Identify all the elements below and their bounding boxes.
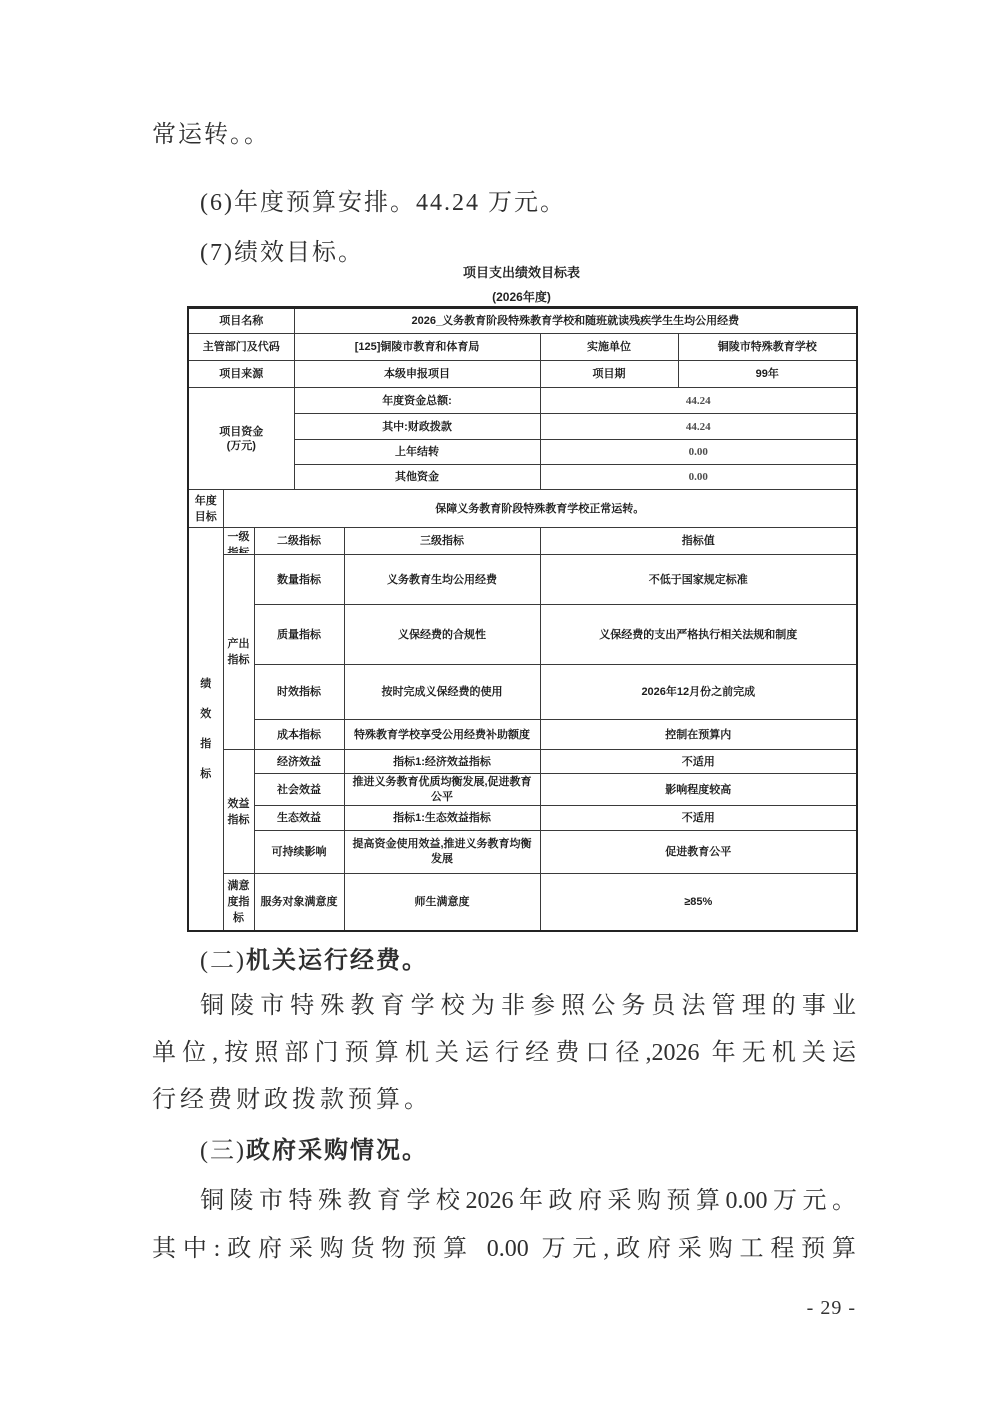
perf-indicator-label: 绩效指标 [188,528,223,931]
indicator-l3: 指标1:经济效益指标 [344,750,540,774]
impl-unit-label: 实施单位 [540,334,678,361]
indicator-l3-text: 推进义务教育优质均衡发展,促进教育公平 [348,775,537,804]
section-3-title: 政府采购情况。 [246,1138,428,1164]
section-2-number: (二) [200,948,246,974]
header-level2: 二级指标 [254,528,344,555]
section-2-title: 机关运行经费。 [246,948,428,974]
period-label: 项目期 [540,361,678,388]
header-level1: 一级指标 [223,528,254,555]
table-row: 效益指标 经济效益 指标1:经济效益指标 不适用 [188,750,857,774]
indicator-value: 不适用 [540,750,857,774]
fund-fiscal-value: 44.24 [540,414,857,440]
indicator-l3: 义保经费的合规性 [344,605,540,665]
fund-carryover-label: 上年结转 [294,440,540,465]
group-satisfaction-label-text: 满意度指标 [227,878,251,926]
performance-target-table: 项目名称 2026_义务教育阶段特殊教育学校和随班就读残疾学生生均公用经费 主管… [187,306,858,932]
section-3-number: (三) [200,1138,246,1164]
paragraph-line: 行经费财政拨款预算。 [152,1079,856,1114]
indicator-value: 不低于国家规定标准 [540,555,857,605]
group-satisfaction-label: 满意度指标 [223,874,254,931]
table-row: 项目资金 (万元) 年度资金总额: 44.24 [188,388,857,414]
table-row: 社会效益 推进义务教育优质均衡发展,促进教育公平 影响程度较高 [188,774,857,806]
source-value: 本级申报项目 [294,361,540,388]
fund-label: 项目资金 (万元) [188,388,294,490]
indicator-l2: 数量指标 [254,555,344,605]
paragraph-continuation: 常运转。。 [152,114,856,149]
fund-carryover-value: 0.00 [540,440,857,465]
table-row: 年度目标 保障义务教育阶段特殊教育学校正常运转。 [188,490,857,528]
fund-other-label: 其他资金 [294,465,540,490]
indicator-value: 促进教育公平 [540,831,857,874]
indicator-l2: 可持续影响 [254,831,344,874]
group-benefit-label: 效益指标 [223,750,254,874]
fund-total-value: 44.24 [540,388,857,414]
indicator-l2: 质量指标 [254,605,344,665]
paragraph-line: 单位,按照部门预算机关运行经费口径,2026 年无机关运 [152,1032,856,1067]
indicator-l3: 特殊教育学校享受公用经费补助额度 [344,720,540,750]
table-title: 项目支出绩效目标表 [187,262,856,281]
period-value: 99年 [678,361,857,388]
source-label: 项目来源 [188,361,294,388]
dept-label: 主管部门及代码 [188,334,294,361]
indicator-l2: 经济效益 [254,750,344,774]
table-row: 成本指标 特殊教育学校享受公用经费补助额度 控制在预算内 [188,720,857,750]
indicator-value: 义保经费的支出严格执行相关法规和制度 [540,605,857,665]
table-row: 生态效益 指标1:生态效益指标 不适用 [188,806,857,831]
table-row: 主管部门及代码 [125]铜陵市教育和体育局 实施单位 铜陵市特殊教育学校 [188,334,857,361]
indicator-l3: 按时完成义保经费的使用 [344,665,540,720]
table-row: 绩效指标 一级指标 二级指标 三级指标 指标值 [188,528,857,555]
section-3-heading: (三)政府采购情况。 [200,1130,428,1165]
table-row: 产出指标 数量指标 义务教育生均公用经费 不低于国家规定标准 [188,555,857,605]
indicator-value: 不适用 [540,806,857,831]
indicator-l3-text: 提高资金使用效益,推进义务教育均衡发展 [348,837,537,867]
project-name-value: 2026_义务教育阶段特殊教育学校和随班就读残疾学生生均公用经费 [294,308,857,334]
group-output-label-text: 产出指标 [227,636,251,668]
fund-label-unit: (万元) [192,439,291,453]
table-row: 项目名称 2026_义务教育阶段特殊教育学校和随班就读残疾学生生均公用经费 [188,308,857,334]
document-page: 常运转。。 (6)年度预算安排。44.24 万元。 (7)绩效目标。 项目支出绩… [0,0,1000,1414]
table-row: 项目来源 本级申报项目 项目期 99年 [188,361,857,388]
indicator-l2: 生态效益 [254,806,344,831]
indicator-value: ≥85% [540,874,857,931]
paragraph-line: 铜陵市特殊教育学校为非参照公务员法管理的事业 [152,985,856,1020]
item-6-line: (6)年度预算安排。44.24 万元。 [200,182,566,217]
header-level1-text: 一级指标 [227,529,251,553]
annual-goal-label-text: 年度目标 [194,493,218,525]
indicator-value: 影响程度较高 [540,774,857,806]
indicator-l3: 义务教育生均公用经费 [344,555,540,605]
annual-goal-label: 年度目标 [188,490,223,528]
header-level3: 三级指标 [344,528,540,555]
table-row: 时效指标 按时完成义保经费的使用 2026年12月份之前完成 [188,665,857,720]
indicator-l3: 推进义务教育优质均衡发展,促进教育公平 [344,774,540,806]
section-2-heading: (二)机关运行经费。 [200,940,428,975]
dept-value: [125]铜陵市教育和体育局 [294,334,540,361]
indicator-value: 控制在预算内 [540,720,857,750]
perf-indicator-label-text: 绩效指标 [199,669,212,789]
indicator-l2: 服务对象满意度 [254,874,344,931]
annual-goal-value: 保障义务教育阶段特殊教育学校正常运转。 [223,490,857,528]
indicator-l2: 时效指标 [254,665,344,720]
table-subtitle: (2026年度) [187,288,856,305]
project-name-label: 项目名称 [188,308,294,334]
page-number: - 29 - [600,1297,856,1320]
indicator-value: 2026年12月份之前完成 [540,665,857,720]
indicator-l3: 提高资金使用效益,推进义务教育均衡发展 [344,831,540,874]
fund-fiscal-label: 其中:财政拨款 [294,414,540,440]
indicator-l2: 成本指标 [254,720,344,750]
table-row: 满意度指标 服务对象满意度 师生满意度 ≥85% [188,874,857,931]
fund-other-value: 0.00 [540,465,857,490]
impl-unit-value: 铜陵市特殊教育学校 [678,334,857,361]
group-benefit-label-text: 效益指标 [227,796,251,828]
fund-total-label: 年度资金总额: [294,388,540,414]
table-row: 质量指标 义保经费的合规性 义保经费的支出严格执行相关法规和制度 [188,605,857,665]
header-value: 指标值 [540,528,857,555]
indicator-l2: 社会效益 [254,774,344,806]
table-row: 可持续影响 提高资金使用效益,推进义务教育均衡发展 促进教育公平 [188,831,857,874]
group-output-label: 产出指标 [223,555,254,750]
indicator-l3: 师生满意度 [344,874,540,931]
paragraph-line: 其中:政府采购货物预算 0.00 万元,政府采购工程预算 [152,1228,856,1263]
fund-label-text: 项目资金 [192,425,291,439]
paragraph-line: 铜陵市特殊教育学校2026年政府采购预算0.00万元。 [152,1180,856,1215]
indicator-l3: 指标1:生态效益指标 [344,806,540,831]
